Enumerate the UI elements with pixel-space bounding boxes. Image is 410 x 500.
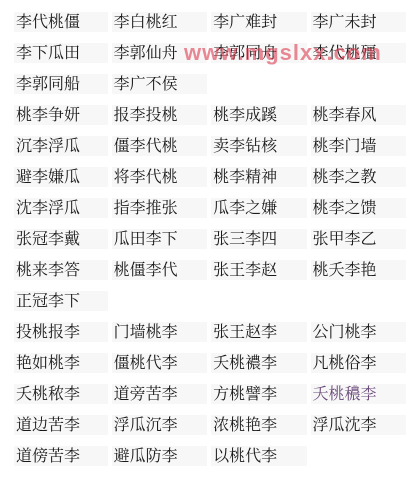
- grid-row: 避李嫌瓜 将李代桃 桃李精神 桃李之教: [14, 161, 410, 192]
- idiom-cell: 桃夭李艳: [311, 260, 406, 280]
- idiom-cell: 沉李浮瓜: [14, 136, 108, 156]
- idiom-cell: 投桃报李: [14, 322, 108, 342]
- idiom-cell-highlighted: 夭桃穠李: [311, 384, 406, 404]
- idiom-cell: 李郭仙舟: [112, 43, 207, 63]
- idiom-cell: 张冠李戴: [14, 229, 108, 249]
- idiom-cell: 张王赵李: [211, 322, 306, 342]
- idiom-cell: 浮瓜沈李: [311, 415, 406, 435]
- idiom-cell: 李代桃殭: [311, 43, 406, 63]
- grid-row: 桃李争妍 报李投桃 桃李成蹊 桃李春风: [14, 99, 410, 130]
- idiom-cell: 道旁苦李: [112, 384, 207, 404]
- grid-row: 投桃报李 门墙桃李 张王赵李 公门桃李: [14, 316, 410, 347]
- idiom-cell: 夭桃襛李: [211, 353, 306, 373]
- idiom-cell: 卖李钻核: [211, 136, 306, 156]
- idiom-cell: 道傍苦李: [14, 446, 108, 466]
- idiom-cell: 李代桃僵: [14, 12, 108, 32]
- idiom-cell: 报李投桃: [112, 105, 207, 125]
- idiom-cell: 桃李之教: [311, 167, 406, 187]
- grid-row: 道傍苦李 避瓜防李 以桃代李: [14, 440, 410, 471]
- grid-row: 道边苦李 浮瓜沉李 浓桃艳李 浮瓜沈李: [14, 409, 410, 440]
- idiom-cell: 桃僵李代: [112, 260, 207, 280]
- idiom-cell: 李白桃红: [112, 12, 207, 32]
- idiom-cell: 桃来李答: [14, 260, 108, 280]
- idiom-cell: 浮瓜沉李: [112, 415, 207, 435]
- idiom-cell: 将李代桃: [112, 167, 207, 187]
- idiom-grid: 李代桃僵 李白桃红 李广难封 李广未封 李下瓜田 李郭仙舟 李郭同舟 李代桃殭 …: [14, 6, 410, 471]
- idiom-cell: 李广不侯: [112, 74, 207, 94]
- idiom-cell: 避瓜防李: [112, 446, 207, 466]
- grid-row: 桃来李答 桃僵李代 张王李赵 桃夭李艳: [14, 254, 410, 285]
- grid-row: 李郭同船 李广不侯: [14, 68, 410, 99]
- idiom-cell: 李郭同船: [14, 74, 108, 94]
- idiom-cell: 凡桃俗李: [311, 353, 406, 373]
- idiom-cell: 张三李四: [211, 229, 306, 249]
- idiom-cell: 艳如桃李: [14, 353, 108, 373]
- idiom-cell: 夭桃秾李: [14, 384, 108, 404]
- idiom-cell: 正冠李下: [14, 291, 108, 311]
- grid-row: 沈李浮瓜 指李推张 瓜李之嫌 桃李之馈: [14, 192, 410, 223]
- idiom-cell: 桃李争妍: [14, 105, 108, 125]
- idiom-cell: 桃李之馈: [311, 198, 406, 218]
- grid-row: 正冠李下: [14, 285, 410, 316]
- idiom-cell: 道边苦李: [14, 415, 108, 435]
- grid-row: 张冠李戴 瓜田李下 张三李四 张甲李乙: [14, 223, 410, 254]
- idiom-cell: 僵李代桃: [112, 136, 207, 156]
- idiom-cell: 沈李浮瓜: [14, 198, 108, 218]
- grid-row: 李下瓜田 李郭仙舟 李郭同舟 李代桃殭: [14, 37, 410, 68]
- grid-row: 艳如桃李 僵桃代李 夭桃襛李 凡桃俗李: [14, 347, 410, 378]
- idiom-cell: 以桃代李: [211, 446, 306, 466]
- idiom-cell: 李下瓜田: [14, 43, 108, 63]
- idiom-cell: 浓桃艳李: [211, 415, 306, 435]
- idiom-cell: 张甲李乙: [311, 229, 406, 249]
- idiom-cell: 李郭同舟: [211, 43, 306, 63]
- idiom-cell: 避李嫌瓜: [14, 167, 108, 187]
- idiom-cell: 瓜田李下: [112, 229, 207, 249]
- idiom-cell: 僵桃代李: [112, 353, 207, 373]
- idiom-cell: 方桃譬李: [211, 384, 306, 404]
- idiom-cell: 公门桃李: [311, 322, 406, 342]
- grid-row: 夭桃秾李 道旁苦李 方桃譬李 夭桃穠李: [14, 378, 410, 409]
- idiom-cell: 桃李春风: [311, 105, 406, 125]
- grid-row: 沉李浮瓜 僵李代桃 卖李钻核 桃李门墙: [14, 130, 410, 161]
- idiom-cell: 桃李精神: [211, 167, 306, 187]
- idiom-cell: 李广难封: [211, 12, 306, 32]
- idiom-cell: 指李推张: [112, 198, 207, 218]
- idiom-cell: 桃李成蹊: [211, 105, 306, 125]
- idiom-cell: 李广未封: [311, 12, 406, 32]
- idiom-cell: 桃李门墙: [311, 136, 406, 156]
- idiom-cell: 张王李赵: [211, 260, 306, 280]
- idiom-cell: 门墙桃李: [112, 322, 207, 342]
- idiom-cell: 瓜李之嫌: [211, 198, 306, 218]
- grid-row: 李代桃僵 李白桃红 李广难封 李广未封: [14, 6, 410, 37]
